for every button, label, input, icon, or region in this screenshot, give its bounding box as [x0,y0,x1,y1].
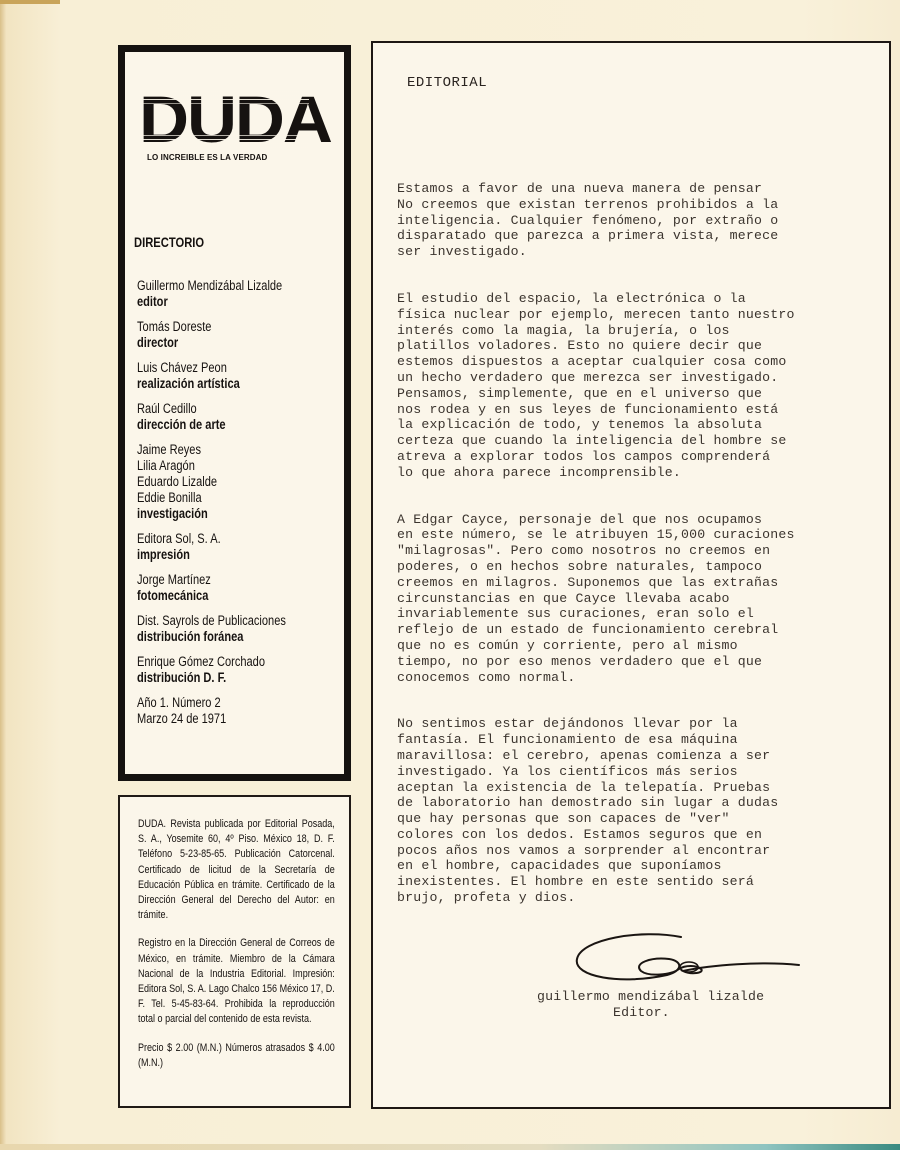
directory-title: DIRECTORIO [134,234,204,250]
staff-list: Guillermo Mendizábal Lizalde editor Tomá… [137,278,317,727]
editorial-title: EDITORIAL [407,75,487,91]
staff-name: Luis Chávez Peon [137,360,317,376]
staff-name: Raúl Cedillo [137,401,317,417]
tagline: LO INCREIBLE ES LA VERDAD [147,153,317,162]
staff-entry: Jaime Reyes Lilia Aragón Eduardo Lizalde… [137,442,317,522]
page-edge-bottom [0,1144,900,1150]
price-info: Precio $ 2.00 (M.N.) Números atrasados $… [138,1041,335,1071]
staff-name: Editora Sol, S. A. [137,531,317,547]
page-edge-top [0,0,60,4]
staff-name: Jorge Martínez [137,572,317,588]
staff-name: Eduardo Lizalde [137,474,317,490]
staff-role: dirección de arte [137,417,317,433]
editorial-paragraph: El estudio del espacio, la electrónica o… [397,291,867,481]
staff-entry: Jorge Martínez fotomecánica [137,572,317,604]
staff-name: Dist. Sayrols de Publicaciones [137,613,317,629]
issue-info: Año 1. Número 2 Marzo 24 de 1971 [137,695,317,727]
staff-entry: Tomás Doreste director [137,319,317,351]
staff-name: Enrique Gómez Corchado [137,654,317,670]
legal-text: DUDA. Revista publicada por Editorial Po… [138,817,335,1084]
page-edge-left [0,0,6,1150]
signature-name: guillermo mendizábal lizalde [537,989,764,1004]
editorial-paragraph: No sentimos estar dejándonos llevar por … [397,716,867,906]
staff-role: investigación [137,506,317,522]
staff-name: Eddie Bonilla [137,490,317,506]
publication-info: DUDA. Revista publicada por Editorial Po… [138,817,335,923]
staff-name: Guillermo Mendizábal Lizalde [137,278,317,294]
staff-entry: Dist. Sayrols de Publicaciones distribuc… [137,613,317,645]
staff-entry: Raúl Cedillo dirección de arte [137,401,317,433]
staff-entry: Guillermo Mendizábal Lizalde editor [137,278,317,310]
editorial-box: EDITORIAL Estamos a favor de una nueva m… [371,41,891,1109]
signature-title: Editor. [613,1005,670,1020]
staff-role: fotomecánica [137,588,317,604]
staff-name: Lilia Aragón [137,458,317,474]
duda-logo: DUDA [139,88,323,150]
issue-date: Marzo 24 de 1971 [137,711,317,727]
registration-info: Registro en la Dirección General de Corr… [138,936,335,1027]
editorial-paragraph: Estamos a favor de una nueva manera de p… [397,181,867,260]
staff-name: Tomás Doreste [137,319,317,335]
staff-entry: Enrique Gómez Corchado distribución D. F… [137,654,317,686]
staff-name: Jaime Reyes [137,442,317,458]
editorial-body: Estamos a favor de una nueva manera de p… [397,181,867,937]
staff-role: editor [137,294,317,310]
staff-entry: Luis Chávez Peon realización artística [137,360,317,392]
issue-number: Año 1. Número 2 [137,695,317,711]
signature-icon [571,931,831,991]
masthead-box: DUDA LO INCREIBLE ES LA VERDAD DIRECTORI… [118,45,351,781]
staff-role: distribución D. F. [137,670,317,686]
legal-info-box: DUDA. Revista publicada por Editorial Po… [118,795,351,1108]
staff-role: impresión [137,547,317,563]
staff-role: director [137,335,317,351]
staff-entry: Editora Sol, S. A. impresión [137,531,317,563]
editorial-paragraph: A Edgar Cayce, personaje del que nos ocu… [397,512,867,686]
staff-role: realización artística [137,376,317,392]
staff-role: distribución foránea [137,629,317,645]
